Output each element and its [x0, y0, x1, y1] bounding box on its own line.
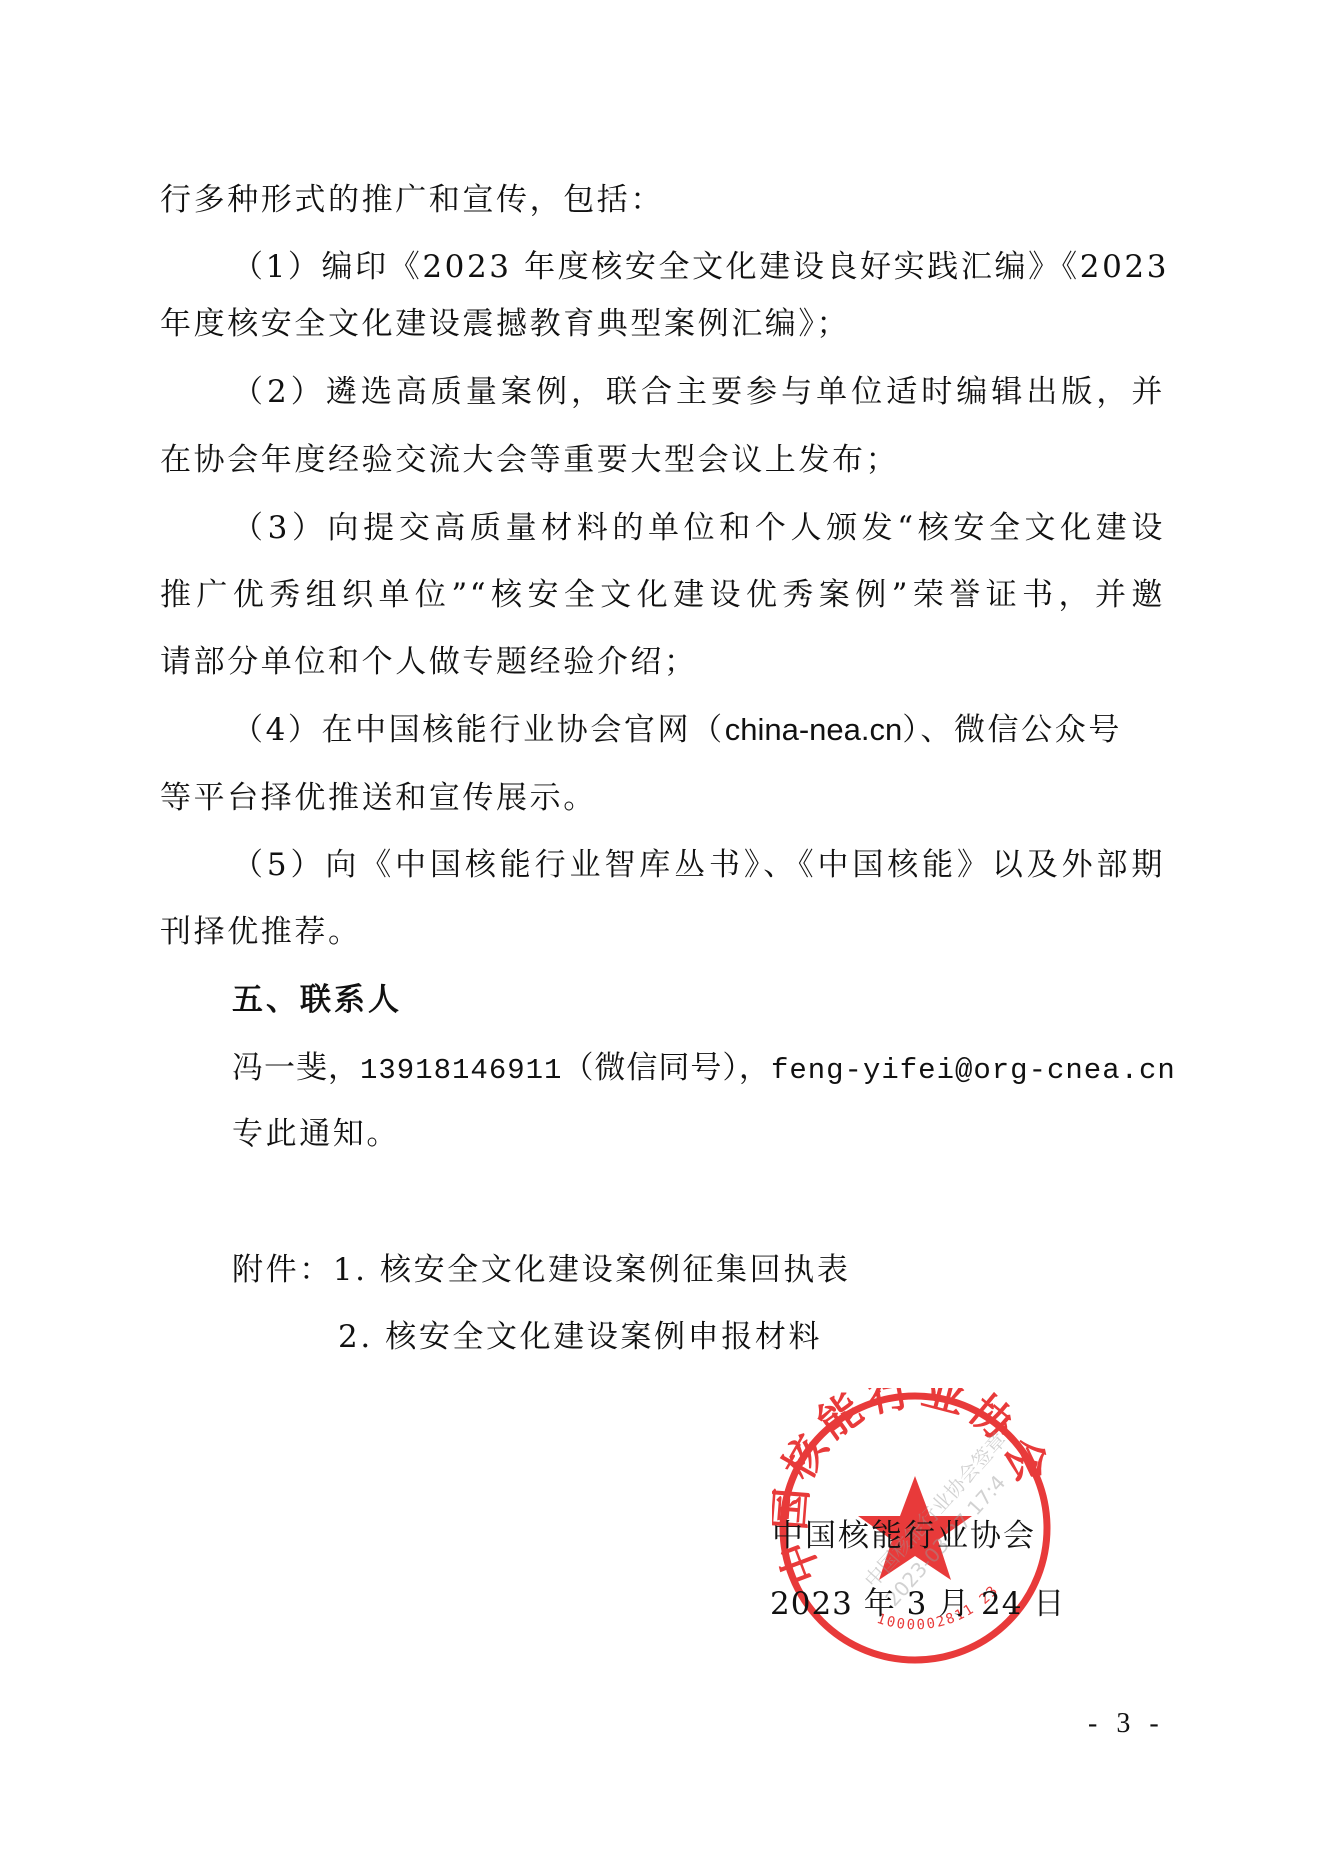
- signature-organization: 中国核能行业协会: [772, 1516, 1036, 1556]
- list-item-3-line-1: （3）向提交高质量材料的单位和个人颁发“核安全文化建设: [232, 508, 1165, 548]
- list-item-4-text-before: （4）在中国核能行业协会官网（: [232, 712, 725, 748]
- contact-email[interactable]: feng-yifei@org-cnea.cn: [771, 1054, 1176, 1087]
- document-page: 行多种形式的推广和宣传，包括： （1）编印《2023 年度核安全文化建设良好实践…: [0, 0, 1323, 1871]
- attachments-label: 附件：: [232, 1252, 333, 1288]
- list-item-1-line-1: （1）编印《2023 年度核安全文化建设良好实践汇编》《2023: [232, 247, 1165, 287]
- contact-line: 冯一斐，13918146911（微信同号），feng-yifei@org-cne…: [232, 1048, 1165, 1091]
- attachment-item-2: 2. 核安全文化建设案例申报材料: [338, 1317, 1138, 1357]
- list-item-2-line-2: 在协会年度经验交流大会等重要大型会议上发布；: [160, 440, 1165, 480]
- list-item-4-line-2: 等平台择优推送和宣传展示。: [160, 778, 1165, 818]
- section-heading-contact: 五、联系人: [232, 980, 1165, 1020]
- attachments-line-1: 附件：1. 核安全文化建设案例征集回执表: [232, 1250, 1165, 1290]
- list-item-3-line-3: 请部分单位和个人做专题经验介绍；: [160, 642, 1165, 682]
- list-item-2-line-1: （2）遴选高质量案例，联合主要参与单位适时编辑出版，并: [232, 372, 1165, 412]
- list-item-1-line-2: 年度核安全文化建设震撼教育典型案例汇编》；: [160, 304, 1165, 344]
- contact-phone: 13918146911: [360, 1054, 562, 1087]
- page-number: - 3 -: [1088, 1708, 1165, 1740]
- closing-line: 专此通知。: [232, 1114, 1165, 1154]
- list-item-3-line-2: 推广优秀组织单位”“核安全文化建设优秀案例”荣誉证书，并邀: [160, 575, 1165, 615]
- list-item-4-line-1: （4）在中国核能行业协会官网（china-nea.cn）、微信公众号: [232, 710, 1165, 750]
- signature-date: 2023 年 3 月 24 日: [770, 1584, 1065, 1624]
- contact-wechat-note: （微信同号），: [562, 1050, 771, 1086]
- paragraph-line-1: 行多种形式的推广和宣传，包括：: [160, 180, 1165, 220]
- contact-name: 冯一斐，: [232, 1050, 360, 1086]
- list-item-5-line-1: （5）向《中国核能行业智库丛书》、《中国核能》以及外部期: [232, 845, 1165, 885]
- list-item-4-text-after: ）、微信公众号: [902, 712, 1122, 748]
- list-item-5-line-2: 刊择优推荐。: [160, 912, 1165, 952]
- attachment-item-1: 1. 核安全文化建设案例征集回执表: [333, 1252, 851, 1288]
- website-link[interactable]: china-nea.cn: [725, 712, 903, 747]
